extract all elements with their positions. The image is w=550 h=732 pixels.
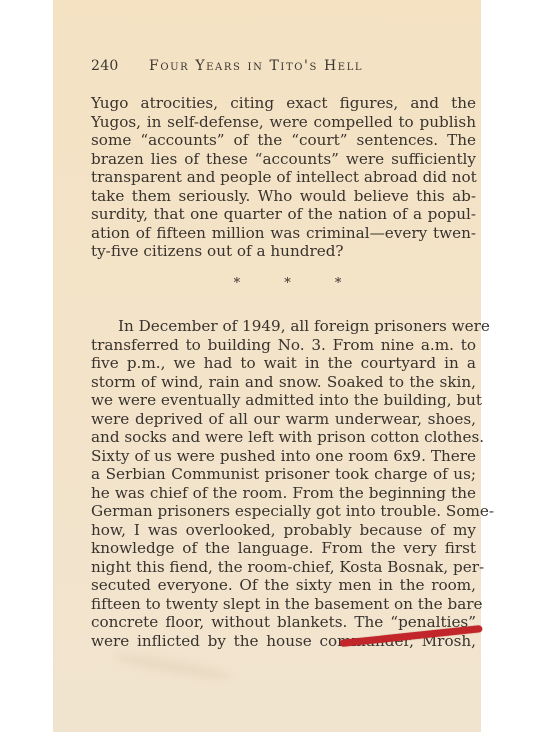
text-line: he was chief of the room. From the begin… bbox=[91, 484, 476, 503]
text-line: German prisoners especially got into tro… bbox=[91, 502, 476, 521]
text-line: were deprived of all our warm underwear,… bbox=[91, 410, 476, 429]
text-line: take them seriously. Who would believe t… bbox=[91, 187, 476, 206]
text-line: Sixty of us were pushed into one room 6x… bbox=[91, 447, 476, 466]
page-number: 240 bbox=[91, 58, 119, 74]
page-body: Yugo atrocities, citing exact figures, a… bbox=[91, 94, 476, 650]
text-line: In December of 1949, all foreign prisone… bbox=[91, 317, 476, 336]
text-line: Yugo atrocities, citing exact figures, a… bbox=[91, 94, 476, 113]
text-line: Yugos, in self-defense, were compelled t… bbox=[91, 113, 476, 132]
text-line: transparent and people of intellect abro… bbox=[91, 168, 476, 187]
text-line: some “accounts” of the “court” sentences… bbox=[91, 131, 476, 150]
text-line: ation of fifteen million was criminal—ev… bbox=[91, 224, 476, 243]
text-line: brazen lies of these “accounts” were suf… bbox=[91, 150, 476, 169]
text-line: concrete floor, without blankets. The “p… bbox=[91, 613, 476, 632]
text-line: surdity, that one quarter of the nation … bbox=[91, 205, 476, 224]
text-line: knowledge of the language. From the very… bbox=[91, 539, 476, 558]
paragraph-2: In December of 1949, all foreign prisone… bbox=[91, 317, 476, 650]
text-line: we were eventually admitted into the bui… bbox=[91, 391, 476, 410]
text-line: fifteen to twenty slept in the basement … bbox=[91, 595, 476, 614]
text-line: and socks and were left with prison cott… bbox=[91, 428, 476, 447]
running-title: Four Years in Tito's Hell bbox=[149, 58, 363, 74]
text-line: a Serbian Communist prisoner took charge… bbox=[91, 465, 476, 484]
text-line: secuted everyone. Of the sixty men in th… bbox=[91, 576, 476, 595]
text-line: transferred to building No. 3. From nine… bbox=[91, 336, 476, 355]
book-page: 240 Four Years in Tito's Hell Yugo atroc… bbox=[53, 0, 481, 732]
text-line: storm of wind, rain and snow. Soaked to … bbox=[91, 373, 476, 392]
text-line: ty-five citizens out of a hundred? bbox=[91, 242, 476, 261]
text-line: five p.m., we had to wait in the courtya… bbox=[91, 354, 476, 373]
text-line: night this fiend, the room-chief, Kosta … bbox=[91, 558, 476, 577]
text-line: how, I was overlooked, probably because … bbox=[91, 521, 476, 540]
section-separator: * * * bbox=[91, 275, 476, 294]
paragraph-1: Yugo atrocities, citing exact figures, a… bbox=[91, 94, 476, 261]
